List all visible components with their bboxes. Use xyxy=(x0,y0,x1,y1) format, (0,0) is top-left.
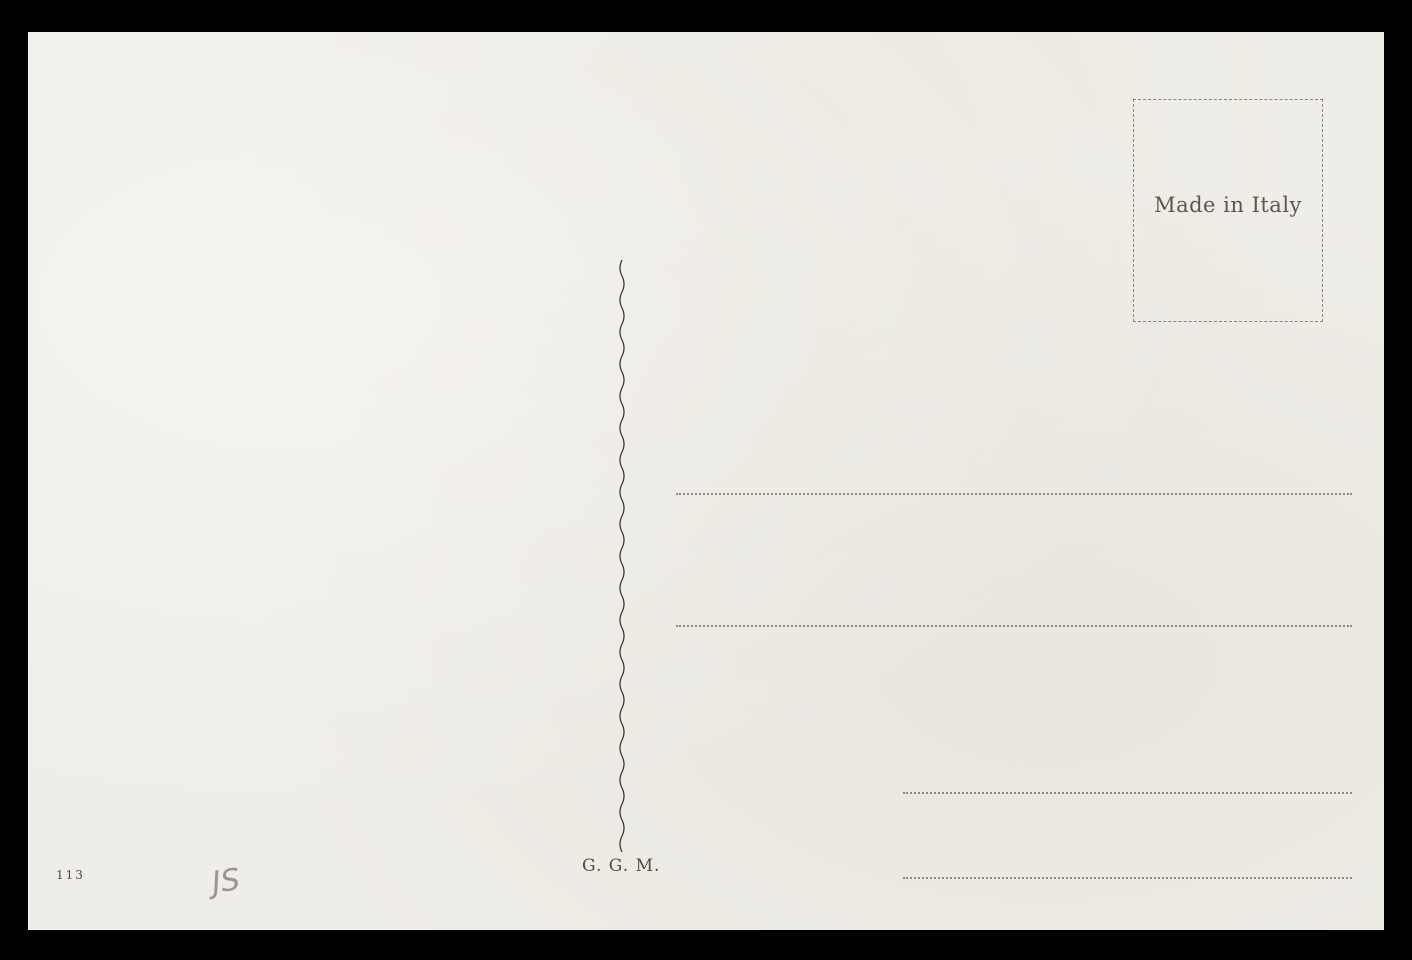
address-line-3 xyxy=(903,792,1352,794)
postcard-back: Made in Italy G. G. M. 113 JS xyxy=(28,32,1384,930)
stamp-box: Made in Italy xyxy=(1133,99,1323,322)
address-line-2 xyxy=(676,625,1352,627)
publisher-imprint: G. G. M. xyxy=(582,856,660,876)
address-line-4 xyxy=(903,877,1352,879)
card-number: 113 xyxy=(56,868,85,882)
wavy-divider-line xyxy=(615,260,629,852)
pencil-annotation: JS xyxy=(210,862,242,901)
stamp-box-label: Made in Italy xyxy=(1134,193,1322,217)
address-line-1 xyxy=(676,493,1352,495)
